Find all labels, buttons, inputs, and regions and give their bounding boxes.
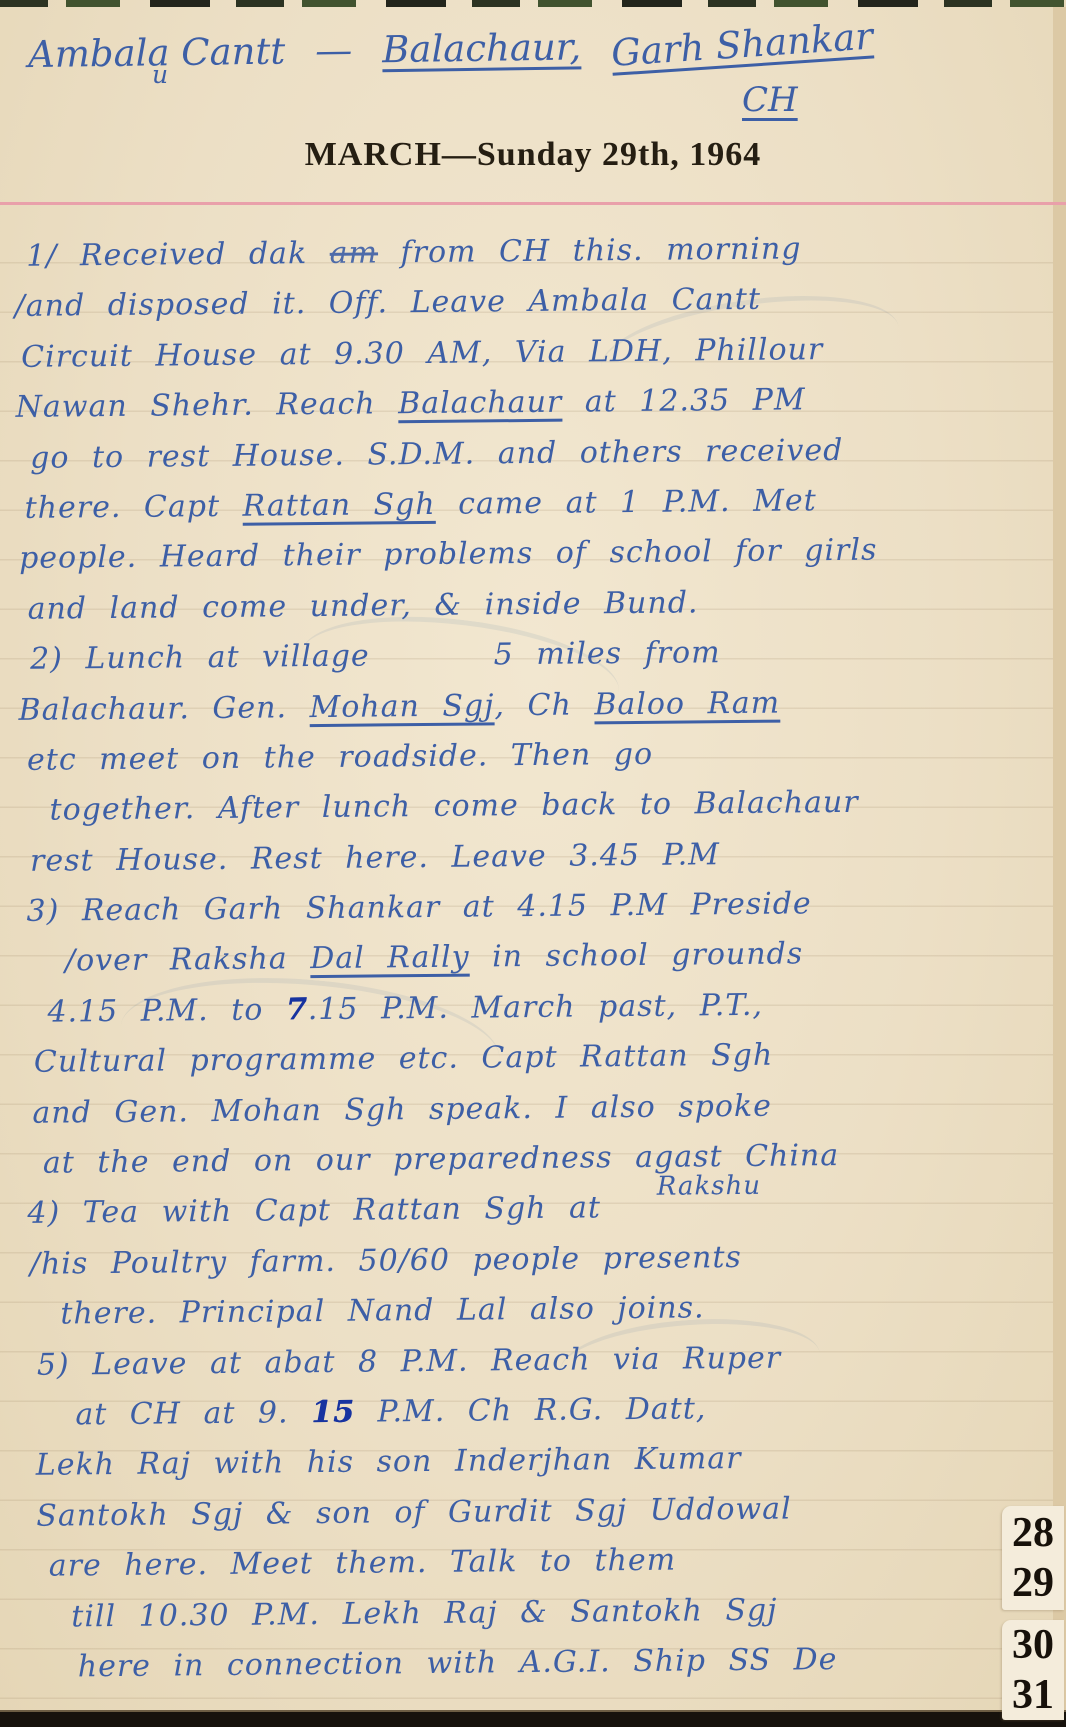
handwriting-segment-strike: am (330, 235, 379, 270)
handwriting-segment-u: Baloo Ram (594, 685, 780, 722)
handwriting-segment-sup: Rakshu (657, 1171, 762, 1202)
handwriting-segment: rest House. Rest here. Leave 3.45 P.M (30, 837, 720, 879)
handwriting-segment: here in connection with A.G.I. Ship SS D… (78, 1642, 838, 1684)
route-ch-note: CH (742, 80, 798, 120)
handwriting-segment: Circuit House at 9.30 AM, Via LDH, Phill… (21, 332, 823, 375)
handwriting-segment: 2) Lunch at village 5 miles from (30, 635, 721, 677)
calendar-tab-30-31: 3031 (1002, 1620, 1064, 1720)
handwriting-segment-u: Rattan Sgh (242, 487, 435, 524)
calendar-day-number: 30 (1002, 1620, 1064, 1670)
handwriting-segment-u: Dal Rally (310, 940, 470, 977)
handwriting-segment: P.M. Ch R.G. Datt, (355, 1391, 707, 1429)
printed-date-title: MARCH—Sunday 29th, 1964 (0, 136, 1066, 174)
pink-divider-line (0, 202, 1066, 205)
handwriting-segment: came at 1 P.M. Met (435, 483, 816, 522)
calendar-day-number: 31 (1002, 1670, 1064, 1720)
calendar-day-number: 28 (1002, 1508, 1064, 1558)
previous-page-edge-strip (0, 0, 1066, 7)
route-to-garh-shankar: Garh Shankar (610, 15, 874, 75)
handwriting-segment: and Gen. Mohan Sgh speak. I also spoke (32, 1088, 772, 1130)
handwriting-segment: from CH this. morning (378, 231, 802, 270)
handwriting-segment: 4.15 P.M. to (47, 992, 286, 1029)
route-dash: — (315, 29, 353, 73)
handwriting-segment: till 10.30 P.M. Lekh Raj & Santokh Sgj (71, 1592, 777, 1634)
handwriting-segment: there. Capt (24, 489, 242, 526)
handwriting-segment: Balachaur. Gen. (18, 690, 309, 728)
handwriting-segment-u: Mohan Sgj (309, 688, 494, 725)
insertion-mark: u (152, 60, 168, 89)
handwriting-segment: , Ch (494, 687, 594, 723)
handwriting-segment: /and disposed it. Off. Leave Ambala Cant… (15, 282, 762, 324)
handwritten-route-header: Ambala Cantt — Balachaur, Garh Shankar (28, 19, 1051, 76)
handwriting-segment: at 12.35 PM (562, 383, 806, 420)
handwriting-segment: and land come under, & inside Bund. (27, 585, 698, 626)
diary-page: Ambala Cantt — Balachaur, Garh Shankar u… (0, 0, 1066, 1727)
handwriting-segment: go to rest House. S.D.M. and others rece… (30, 433, 844, 476)
diary-entries: 1/ Received dak am from CH this. morning… (6, 222, 1054, 1693)
route-to-balachaur: Balachaur, (382, 25, 582, 71)
handwriting-segment-ow: 15 (311, 1395, 355, 1430)
calendar-tab-28-29: 2829 (1002, 1506, 1064, 1610)
handwriting-segment: .15 P.M. March past, P.T., (308, 988, 764, 1027)
handwriting-segment: people. Heard their problems of school f… (19, 533, 878, 576)
handwriting-segment: 5) Leave at abat 8 P.M. Reach via Ruper (37, 1340, 782, 1382)
handwriting-segment-ow: 7 (286, 992, 308, 1027)
handwriting-segment: Lekh Raj with his son Inderjhan Kumar (36, 1441, 742, 1483)
handwriting-segment: /over Raksha (65, 942, 311, 979)
page-right-edge (1053, 7, 1066, 1713)
handwriting-segment: /his Poultry farm. 50/60 people presents (30, 1240, 742, 1282)
handwriting-segment: 1/ Received dak (26, 236, 330, 274)
handwriting-segment: there. Principal Nand Lal also joins. (60, 1291, 704, 1332)
diary-line: here in connection with A.G.I. Ship SS D… (20, 1633, 1054, 1693)
handwriting-segment: Cultural programme etc. Capt Rattan Sgh (34, 1038, 774, 1080)
handwriting-segment: at CH at 9. (75, 1395, 311, 1432)
handwriting-segment: Santokh Sgj & son of Gurdit Sgj Uddowal (36, 1491, 792, 1533)
handwriting-segment-u: Balachaur (398, 385, 562, 422)
handwriting-segment: Nawan Shehr. Reach (16, 386, 399, 425)
handwriting-segment: are here. Meet them. Talk to them (49, 1543, 677, 1584)
handwriting-segment: 4) Tea with Capt Rattan Sgh at (27, 1191, 601, 1232)
handwriting-segment: etc meet on the roadside. Then go (27, 737, 653, 778)
handwriting-segment: together. After lunch come back to Balac… (49, 785, 858, 828)
handwriting-segment: in school grounds (469, 937, 803, 975)
handwriting-segment: 3) Reach Garh Shankar at 4.15 P.M Presid… (26, 886, 812, 929)
calendar-day-number: 29 (1002, 1558, 1064, 1608)
book-bottom-edge (0, 1710, 1066, 1727)
